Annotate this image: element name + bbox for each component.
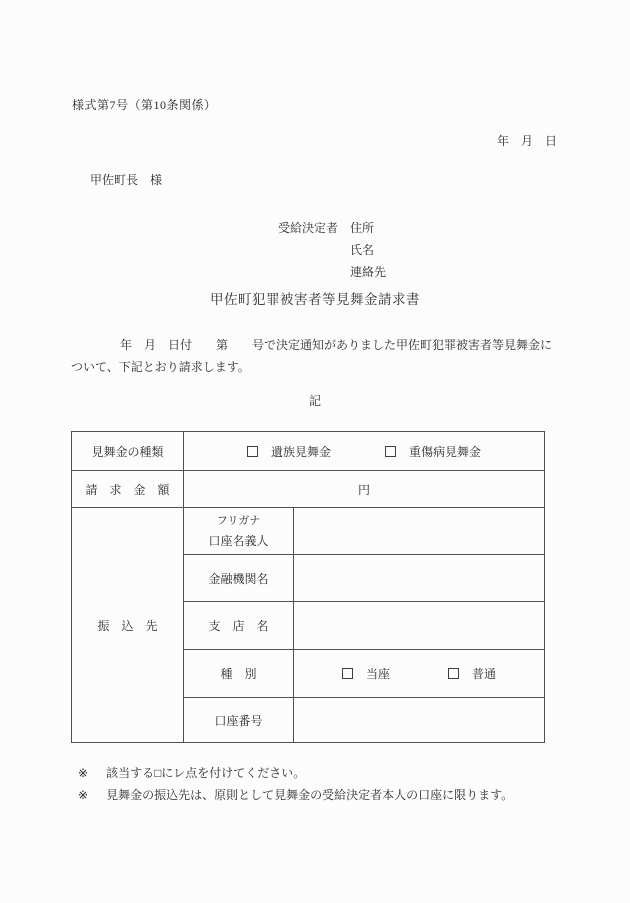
recipient-field-address: 住所 [350,217,386,239]
recipient-label: 受給決定者 [278,217,338,283]
kind-options: 当座 普通 [294,665,544,682]
record-marker: 記 [0,392,630,409]
furigana-value-cell [294,508,545,555]
amount-value-cell: 円 [184,471,545,508]
body-paragraph: 年 月 日付 第 号で決定通知がありました甲佐町犯罪被害者等見舞金に ついて、下… [71,334,557,378]
checkbox-icon [385,446,396,457]
account-number-value-cell [294,698,545,743]
footnote-1: ※ 該当する□にレ点を付けてください。 [78,762,513,784]
footnote-2-text: 見舞金の振込先は、原則として見舞金の受給決定者本人の口座に限ります。 [106,784,513,806]
table-row-type: 見舞金の種類 遺族見舞金 重傷病見舞金 [72,432,545,471]
type-value-cell: 遺族見舞金 重傷病見舞金 [184,432,545,471]
branch-label-cell: 支 店 名 [184,602,294,650]
date-placeholder: 年 月 日 [497,132,557,149]
checkbox-icon [448,668,459,679]
document-title: 甲佐町犯罪被害者等見舞金請求書 [0,288,630,308]
body-line-1: 年 月 日付 第 号で決定通知がありました甲佐町犯罪被害者等見舞金に [71,334,557,356]
claim-table: 見舞金の種類 遺族見舞金 重傷病見舞金 請 求 金 額 [71,431,545,743]
option-current-account-label: 当座 [366,665,390,682]
option-survivor: 遺族見舞金 [247,443,331,460]
addressee: 甲佐町長 様 [90,171,162,188]
body-line-2: ついて、下記とおり請求します。 [71,356,557,378]
footnote-marker: ※ [78,762,88,784]
recipient-block: 受給決定者 住所 氏名 連絡先 [278,217,386,283]
checkbox-icon [247,446,258,457]
kind-value-cell: 当座 普通 [294,650,545,698]
form-number: 様式第7号（第10条関係） [72,96,217,113]
document-page: 様式第7号（第10条関係） 年 月 日 甲佐町長 様 受給決定者 住所 氏名 連… [0,0,630,903]
footnote-2: ※ 見舞金の振込先は、原則として見舞金の受給決定者本人の口座に限ります。 [78,784,513,806]
furigana-label: フリガナ [184,511,293,531]
checkbox-icon [342,668,353,679]
option-serious-injury: 重傷病見舞金 [385,443,481,460]
amount-label-cell: 請 求 金 額 [72,471,184,508]
footnote-marker: ※ [78,784,88,806]
option-serious-injury-label: 重傷病見舞金 [409,443,481,460]
type-label-cell: 見舞金の種類 [72,432,184,471]
bank-label-cell: 金融機関名 [184,555,294,602]
option-survivor-label: 遺族見舞金 [271,443,331,460]
footnote-1-text: 該当する□にレ点を付けてください。 [106,762,305,784]
account-number-label-cell: 口座番号 [184,698,294,743]
transfer-label-cell: 振 込 先 [72,508,184,743]
account-holder-label: 口座名義人 [184,531,293,552]
table-row-furigana: 振 込 先 フリガナ 口座名義人 [72,508,545,555]
recipient-field-name: 氏名 [350,239,386,261]
option-ordinary-account: 普通 [448,665,496,682]
furigana-label-cell: フリガナ 口座名義人 [184,508,294,555]
bank-value-cell [294,555,545,602]
branch-value-cell [294,602,545,650]
footnotes: ※ 該当する□にレ点を付けてください。 ※ 見舞金の振込先は、原則として見舞金の… [78,762,513,806]
recipient-field-contact: 連絡先 [350,261,386,283]
table-row-amount: 請 求 金 額 円 [72,471,545,508]
option-ordinary-account-label: 普通 [472,665,496,682]
type-options: 遺族見舞金 重傷病見舞金 [184,443,544,460]
recipient-fields: 住所 氏名 連絡先 [350,217,386,283]
kind-label-cell: 種 別 [184,650,294,698]
option-current-account: 当座 [342,665,390,682]
